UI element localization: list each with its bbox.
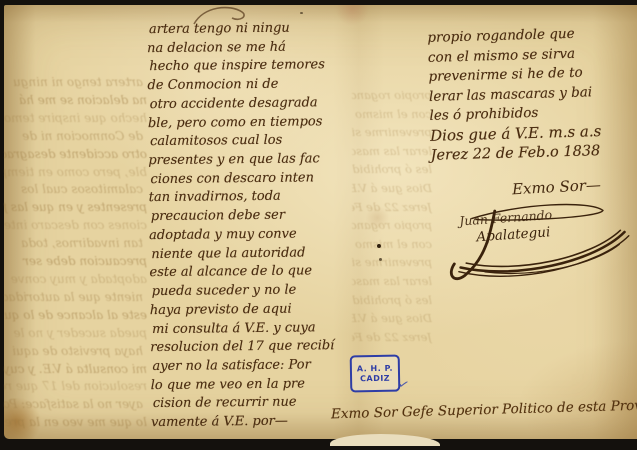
manuscript-line: ayer no la satisface: Por — [152, 356, 358, 377]
bleedthrough-line: na delacion se me há — [4, 92, 147, 110]
manuscript-line: lo que me veo en la pre — [151, 375, 359, 396]
bleedthrough-line: calamitosos cual los — [4, 181, 143, 199]
ink-speck — [300, 12, 303, 14]
manuscript-line: mi consulta á V.E. y cuya — [152, 318, 358, 339]
bleedthrough-line: lerar las mascaras y bai — [352, 272, 432, 291]
bleedthrough-line: propio rogandole que — [352, 216, 432, 235]
manuscript-line: artera tengo ni ningu — [149, 19, 355, 40]
bleedthrough-line: Dios gue á V.E. m.s a.s — [352, 179, 432, 198]
signature-flourish-icon — [440, 195, 637, 288]
bleedthrough-line: prevenirme si he de to — [352, 123, 432, 142]
bleedthrough-line: precaucion debe ser — [4, 253, 147, 271]
manuscript-line: na delacion se me há — [147, 38, 355, 59]
bleedthrough-line: con el mismo se sirva — [352, 235, 432, 254]
manuscript-line: hecho que inspire temores — [149, 56, 355, 77]
bleedthrough-line: otro accidente desagrada — [4, 146, 147, 164]
bleedthrough-line: pueda suceder y no le — [4, 325, 147, 343]
bleedthrough-line: presentes y en que las fac — [4, 199, 147, 217]
bleedthrough-line: propio rogandole que — [352, 86, 432, 105]
archive-stamp: A. H. P. CADIZ — [350, 355, 401, 393]
stamp-line1: A. H. P. — [357, 363, 393, 374]
manuscript-line: haya previsto de aqui — [150, 300, 358, 321]
signature: Juan Fernando Apalategui — [440, 195, 637, 288]
bleedthrough-line: este al alcance de lo que — [4, 307, 147, 325]
bleedthrough-line: Dios gue á V.E. m.s a.s — [352, 309, 432, 328]
bleedthrough-line: ayer no la satisface: Por — [4, 396, 143, 414]
bleedthrough-line: ble, pero como en tiempos — [4, 164, 147, 182]
stamp-checkmark-icon: ✓ — [396, 377, 411, 392]
bleedthrough-line: les ó prohibidos — [352, 160, 432, 179]
manuscript-line: ciones con descaro inten — [150, 169, 356, 190]
manuscript-line: ble, pero como en tiempos — [148, 113, 356, 134]
manuscript-line: presentes y en que las fac — [148, 150, 356, 171]
manuscript-line: este al alcance de lo que — [149, 262, 357, 283]
bleedthrough-line: ciones con descaro inten — [4, 217, 147, 235]
bleedthrough-line: hecho que inspire temores — [4, 110, 147, 128]
bleedthrough-line: mi consulta á V.E. y cuya — [4, 361, 147, 379]
stamp-line2: CADIZ — [360, 373, 390, 384]
bleedthrough-line: lerar las mascaras y bai — [352, 142, 432, 161]
bleedthrough-line: niente que la autoridad — [4, 289, 143, 307]
manuscript-line: adoptada y muy conve — [149, 225, 357, 246]
bleedthrough-line: con el mismo se sirva — [352, 105, 432, 124]
bleedthrough-line: adoptada y muy conve — [4, 271, 147, 289]
manuscript-line: resolucion del 17 que recibí — [150, 337, 358, 358]
bleedthrough-line: artera tengo ni ningu — [4, 74, 143, 92]
bleedthrough-left-margin: artera tengo ni ningu na delacion se me … — [4, 74, 147, 436]
right-page-text: propio rogandole que con el mismo se sir… — [427, 23, 636, 166]
bleedthrough-line: lo que me veo en la pre — [4, 414, 147, 432]
bleedthrough-line: haya previsto de aqui — [4, 343, 143, 361]
bleedthrough-line: Jerez 22 de Feb.o 1838 — [352, 198, 432, 217]
manuscript-line: cision de recurrir nue — [153, 393, 359, 414]
bleedthrough-line: Jerez 22 de Feb.o 1838 — [352, 328, 432, 347]
manuscript-line: otro accidente desagrada — [150, 94, 356, 115]
manuscript-line: tan invadirnos, toda — [149, 187, 357, 208]
bleedthrough-line: tan invadirnos, toda — [4, 235, 143, 253]
manuscript-line: calamitosos cual los — [150, 131, 356, 152]
bleedthrough-line: les ó prohibidos — [352, 291, 432, 310]
left-page-text: artera tengo ni ningu na delacion se me … — [147, 19, 359, 433]
manuscript-line: niente que la autoridad — [151, 244, 357, 265]
manuscript-line: de Conmocion ni de — [147, 75, 355, 96]
bleedthrough-line: de Conmocion ni de — [4, 128, 143, 146]
bleedthrough-line: prevenirme si he de to — [352, 253, 432, 272]
manuscript-line: precaucion debe ser — [151, 206, 357, 227]
manuscript-line: vamente á V.E. por— — [151, 412, 359, 433]
bleedthrough-center: propio rogandole que con el mismo se sir… — [352, 86, 432, 348]
bleedthrough-line: resolucion del 17 que recibí — [4, 378, 147, 396]
manuscript-line: pueda suceder y no le — [152, 281, 358, 302]
scanned-document: artera tengo ni ningu na delacion se me … — [0, 0, 637, 450]
